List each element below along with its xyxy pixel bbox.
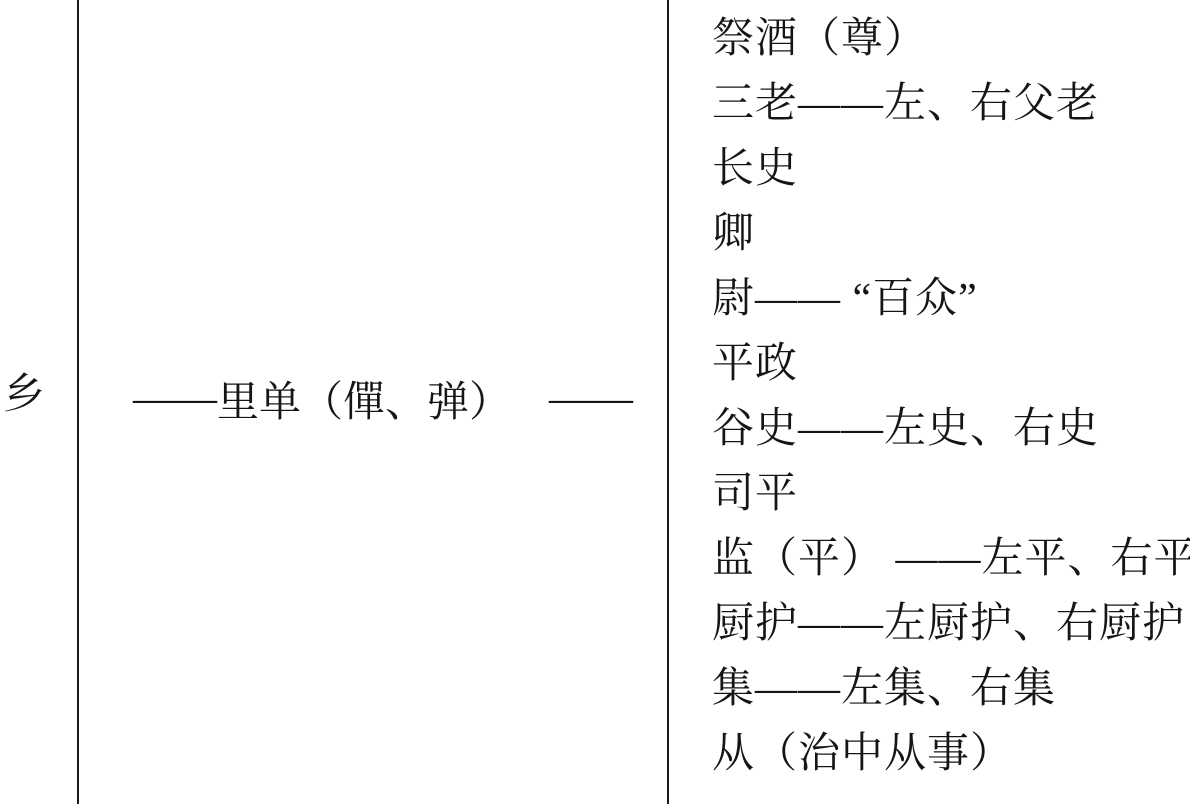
right-column-divider-line <box>667 0 669 804</box>
official-title-row: 卿 <box>712 202 1190 267</box>
official-title-row: 三老——左、右父老 <box>712 72 1190 137</box>
officials-list: 祭酒（尊）三老——左、右父老长史卿尉—— “百众”平政谷史——左史、右史司平监（… <box>712 7 1190 787</box>
township-level-label: 乡 <box>3 371 45 419</box>
official-title-row: 平政 <box>712 332 1190 397</box>
unit-connector-row: ——里单（僤、弹）—— <box>79 0 667 798</box>
official-title-row: 集——左集、右集 <box>712 657 1190 722</box>
official-title-row: 从（治中从事） <box>712 722 1190 787</box>
official-title-row: 祭酒（尊） <box>712 7 1190 72</box>
official-title-row: 厨护——左厨护、右厨护 <box>712 592 1190 657</box>
official-title-row: 尉—— “百众” <box>712 267 1190 332</box>
unit-label: 里单（僤、弹） <box>217 369 511 429</box>
connector-dash-right: —— <box>549 375 633 423</box>
official-title-row: 司平 <box>712 462 1190 527</box>
scanned-org-diagram-page: 乡 ——里单（僤、弹）—— 祭酒（尊）三老——左、右父老长史卿尉—— “百众”平… <box>0 0 1190 804</box>
official-title-row: 谷史——左史、右史 <box>712 397 1190 462</box>
connector-dash-left: —— <box>133 375 217 423</box>
official-title-row: 监（平） ——左平、右平 <box>712 527 1190 592</box>
official-title-row: 长史 <box>712 137 1190 202</box>
